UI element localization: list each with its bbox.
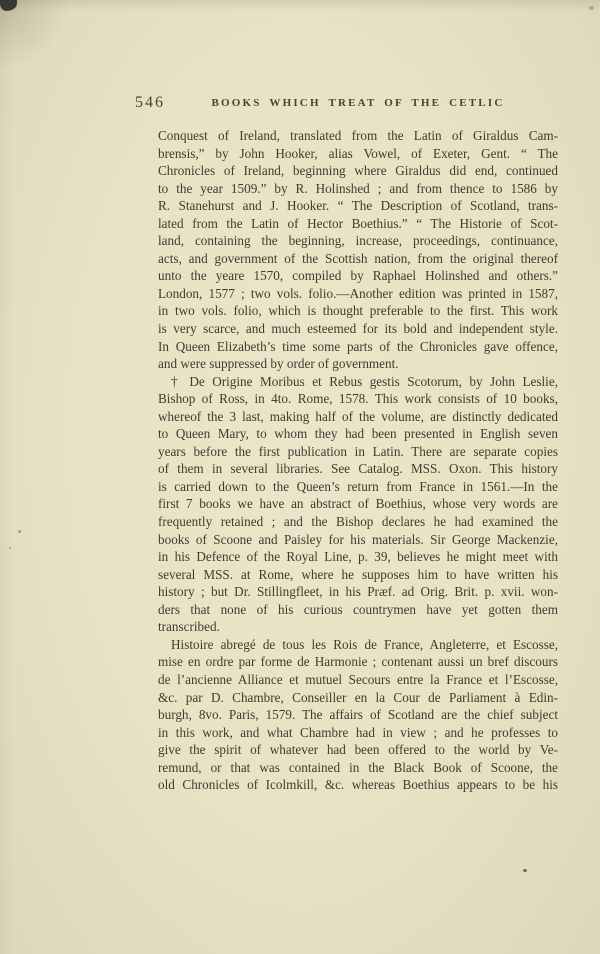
text-line: give the spirit of whatever had been off… <box>158 741 558 759</box>
text-line: lated from the Latin of Hector Boethius.… <box>158 215 558 233</box>
text-line: &c. par D. Chambre, Conseiller en la Cou… <box>158 689 558 707</box>
text-line: ders that none of his curious countrymen… <box>158 601 558 619</box>
text-line: de l’ancienne Alliance et mutuel Secours… <box>158 671 558 689</box>
page-text: Conquest of Ireland, translated from the… <box>158 127 558 794</box>
text-line: In Queen Elizabeth’s time some parts of … <box>158 338 558 356</box>
text-line: land, containing the beginning, increase… <box>158 232 558 250</box>
text-line: Chronicles of Ireland, beginning where G… <box>158 162 558 180</box>
text-line: to the year 1509.” by R. Holinshed ; and… <box>158 180 558 198</box>
text-line: in two vols. folio, which is thought pre… <box>158 302 558 320</box>
text-line: of them in several libraries. See Catalo… <box>158 460 558 478</box>
book-page: 546 BOOKS WHICH TREAT OF THE CETLIC Conq… <box>0 0 600 954</box>
text-line: several MSS. at Rome, where he supposes … <box>158 566 558 584</box>
scan-corner-mark <box>0 0 17 11</box>
text-line: frequently retained ; and the Bishop dec… <box>158 513 558 531</box>
text-line: Histoire abregé de tous les Rois de Fran… <box>158 636 558 654</box>
text-line: unto the yeare 1570, compiled by Raphael… <box>158 267 558 285</box>
text-line: to Queen Mary, to whom they had been pre… <box>158 425 558 443</box>
text-line: in his Defence of the Royal Line, p. 39,… <box>158 548 558 566</box>
running-title: BOOKS WHICH TREAT OF THE CETLIC <box>158 97 558 109</box>
text-line: and were suppressed by order of governme… <box>158 355 558 373</box>
text-line: whereof the 3 last, making half of the v… <box>158 408 558 426</box>
text-line: acts, and government of the Scottish nat… <box>158 250 558 268</box>
text-line: burgh, 8vo. Paris, 1579. The affairs of … <box>158 706 558 724</box>
text-line: years before the first publication in La… <box>158 443 558 461</box>
text-line: history ; but Dr. Stillingfleet, in his … <box>158 583 558 601</box>
text-line: old Chronicles of Icolmkill, &c. whereas… <box>158 776 558 794</box>
paragraph: † De Origine Moribus et Rebus gestis Sco… <box>158 373 558 636</box>
page-header: 546 BOOKS WHICH TREAT OF THE CETLIC <box>135 94 558 114</box>
text-line: London, 1577 ; two vols. folio.—Another … <box>158 285 558 303</box>
paper-speck <box>18 530 21 533</box>
text-line: remund, or that was contained in the Bla… <box>158 759 558 777</box>
text-line: brensis,” by John Hooker, alias Vowel, o… <box>158 145 558 163</box>
text-line: in this work, and what Chambre had in vi… <box>158 724 558 742</box>
text-line: R. Stanehurst and J. Hooker. “ The Descr… <box>158 197 558 215</box>
text-line: first 7 books we have an abstract of Boe… <box>158 495 558 513</box>
text-line: is carried down to the Queen’s return fr… <box>158 478 558 496</box>
text-line: † De Origine Moribus et Rebus gestis Sco… <box>158 373 558 391</box>
paper-speck <box>589 6 594 10</box>
text-line: Conquest of Ireland, translated from the… <box>158 127 558 145</box>
text-line: Bishop of Ross, in 4to. Rome, 1578. This… <box>158 390 558 408</box>
text-line: mise en ordre par forme de Harmonie ; co… <box>158 653 558 671</box>
text-line: books of Scoone and Paisley for his mate… <box>158 531 558 549</box>
text-line: transcribed. <box>158 618 558 636</box>
paper-speck <box>9 547 11 549</box>
text-line: is very scarce, and much esteemed for it… <box>158 320 558 338</box>
paper-speck <box>523 869 527 872</box>
paragraph: Histoire abregé de tous les Rois de Fran… <box>158 636 558 794</box>
paragraph: Conquest of Ireland, translated from the… <box>158 127 558 373</box>
